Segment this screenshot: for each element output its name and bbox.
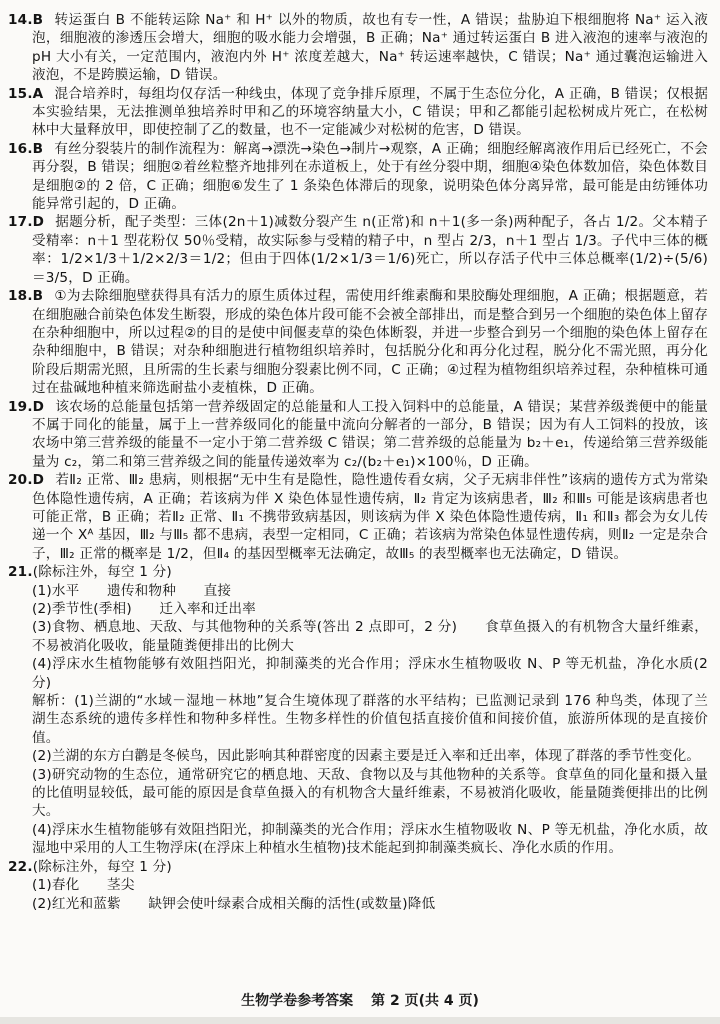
item-22-blank-1: (1)春化 茎尖 (8, 876, 708, 894)
item-19-text: 该农场的总能量包括第一营养级固定的总能量和人工投入饲料中的总能量，A 错误；某营… (32, 399, 708, 470)
item-21-label: 21. (8, 564, 33, 580)
item-21-blank-4: (4)浮床水生植物能够有效阻挡阳光，抑制藻类的光合作用；浮床水生植物吸收 N、P… (8, 655, 708, 692)
item-21-blank-3: (3)食物、栖息地、天敌、与其他物种的关系等(答出 2 点即可，2 分) 食草鱼… (8, 618, 708, 655)
answer-item-17: 17.D据题分析，配子类型：三体(2n＋1)减数分裂产生 n(正常)和 n＋1(… (8, 213, 708, 287)
item-22-blank-2: (2)红光和蓝紫 缺钾会使叶绿素合成相关酶的活性(或数量)降低 (8, 895, 708, 913)
item-21-analysis-4: (4)浮床水生植物能够有效阻挡阳光，抑制藻类的光合作用；浮床水生植物吸收 N、P… (8, 821, 708, 858)
item-21-analysis-3: (3)研究动物的生态位，通常研究它的栖息地、天敌、食物以及与其他物种的关系等。食… (8, 766, 708, 821)
answers-content: 14.B转运蛋白 B 不能转运除 Na⁺ 和 H⁺ 以外的物质，故也有专一性，A… (8, 11, 708, 913)
item-19-label: 19.D (8, 399, 44, 415)
item-14-text: 转运蛋白 B 不能转运除 Na⁺ 和 H⁺ 以外的物质，故也有专一性，A 错误；… (32, 12, 708, 83)
answer-item-19: 19.D该农场的总能量包括第一营养级固定的总能量和人工投入饲料中的总能量，A 错… (8, 398, 708, 472)
page-footer: 生物学卷参考答案第 2 页(共 4 页) (0, 990, 720, 1010)
answer-sheet-page: 14.B转运蛋白 B 不能转运除 Na⁺ 和 H⁺ 以外的物质，故也有专一性，A… (0, 0, 720, 1024)
item-21-analysis-2: (2)兰湖的东方白鹳是冬候鸟，因此影响其种群密度的因素主要是迁入率和迁出率，体现… (8, 747, 708, 765)
footer-page-number: 第 2 页(共 4 页) (371, 993, 479, 1009)
item-20-label: 20.D (8, 472, 44, 488)
item-20-text: 若Ⅱ₂ 正常、Ⅲ₂ 患病，则根据“无中生有是隐性，隐性遗传看女病，父子无病非伴性… (32, 472, 708, 562)
scan-bottom-edge (0, 1017, 720, 1024)
item-14-label: 14.B (8, 12, 43, 28)
item-16-text: 有丝分裂装片的制作流程为：解离→漂洗→染色→制片→观察，A 正确；细胞经解离液作… (32, 141, 708, 212)
answer-item-14: 14.B转运蛋白 B 不能转运除 Na⁺ 和 H⁺ 以外的物质，故也有专一性，A… (8, 11, 708, 85)
item-22-label: 22. (8, 859, 33, 875)
item-21-blank-1: (1)水平 遗传和物种 直接 (8, 582, 708, 600)
answer-item-16: 16.B有丝分裂装片的制作流程为：解离→漂洗→染色→制片→观察，A 正确；细胞经… (8, 140, 708, 214)
item-18-text: ①为去除细胞壁获得具有活力的原生质体过程，需使用纤维素酶和果胶酶处理细胞，A 正… (32, 288, 708, 396)
answer-item-15: 15.A混合培养时，每组均仅存活一种线虫，体现了竞争排斥原理，不属于生态位分化，… (8, 85, 708, 140)
item-17-label: 17.D (8, 214, 44, 230)
item-22-note: (除标注外，每空 1 分) (33, 859, 172, 875)
item-15-label: 15.A (8, 86, 43, 102)
answer-item-18: 18.B①为去除细胞壁获得具有活力的原生质体过程，需使用纤维素酶和果胶酶处理细胞… (8, 287, 708, 397)
item-21-note: (除标注外，每空 1 分) (33, 564, 172, 580)
item-21-blank-2: (2)季节性(季相) 迁入率和迁出率 (8, 600, 708, 618)
item-17-text: 据题分析，配子类型：三体(2n＋1)减数分裂产生 n(正常)和 n＋1(多一条)… (32, 214, 708, 285)
item-15-text: 混合培养时，每组均仅存活一种线虫，体现了竞争排斥原理，不属于生态位分化，A 正确… (32, 86, 708, 139)
footer-title: 生物学卷参考答案 (241, 993, 353, 1009)
answer-item-20: 20.D若Ⅱ₂ 正常、Ⅲ₂ 患病，则根据“无中生有是隐性，隐性遗传看女病，父子无… (8, 471, 708, 563)
item-16-label: 16.B (8, 141, 43, 157)
answer-item-22: 22.(除标注外，每空 1 分) (1)春化 茎尖 (2)红光和蓝紫 缺钾会使叶… (8, 858, 708, 913)
item-21-analysis-1: 解析：(1)兰湖的“水域－湿地－林地”复合生境体现了群落的水平结构；已监测记录到… (8, 692, 708, 747)
item-18-label: 18.B (8, 288, 43, 304)
answer-item-21: 21.(除标注外，每空 1 分) (1)水平 遗传和物种 直接 (2)季节性(季… (8, 563, 708, 858)
